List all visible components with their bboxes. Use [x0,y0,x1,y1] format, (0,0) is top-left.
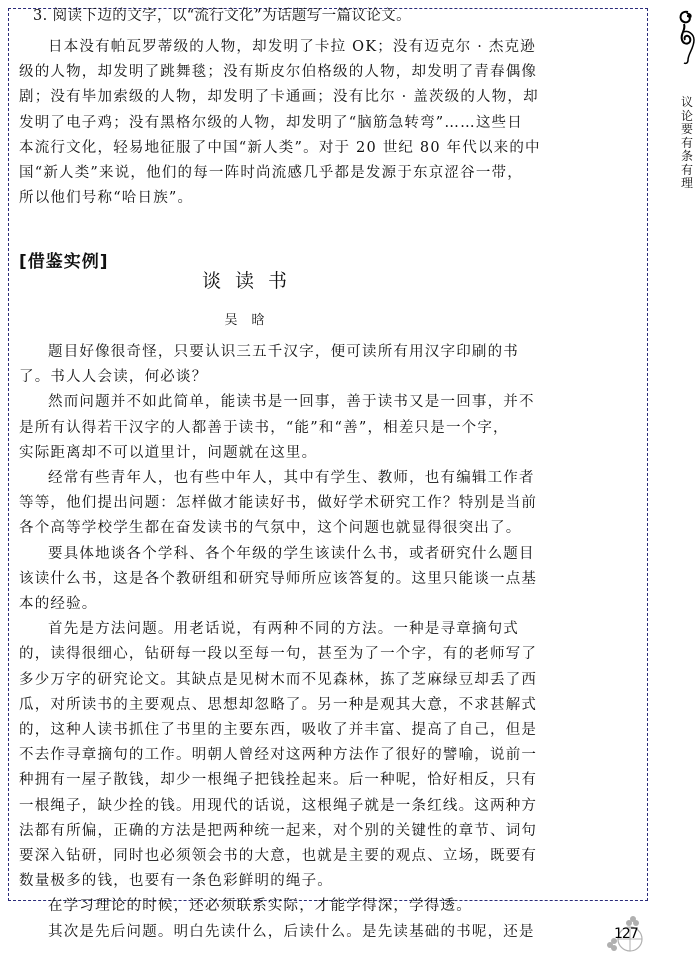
passage-line: 本流行文化，轻易地征服了中国“新人类”。对于 20 世纪 80 年代以来的中 [19,136,541,161]
article-line: 种拥有一屋子散钱，却少一根绳子把钱拴起来。后一种呢，恰好相反，只有 [19,768,537,793]
article-author: 吴晗 [9,309,494,328]
article-line: 然而问题并不如此简单，能读书是一回事，善于读书又是一回事，并不 [19,390,537,415]
article-line: 了。书人人会读，何必谈？ [19,365,537,390]
page-number-badge: 127 [604,915,654,957]
article-line: 多少万字的研究论文。其缺点是见树木而不见森林，拣了芝麻绿豆却丢了西 [19,668,537,693]
article-line: 要具体地谈各个学科、各个年级的学生该读什么书，或者研究什么题目 [19,542,537,567]
article-line: 题目好像很奇怪，只要认识三五千汉字，便可读所有用汉字印刷的书 [19,340,537,365]
article-line: 的，这种人读书抓住了书里的主要东西，吸收了并丰富、提高了自己，但是 [19,718,537,743]
page-number: 127 [614,926,638,942]
passage-line: 发明了电子鸡；没有黑格尔级的人物，却发明了“脑筋急转弯”……这些日 [19,111,541,136]
article-line: 的，读得很细心，钻研每一段以至每一句，甚至为了一个字，有的老师写了 [19,642,537,667]
article-line: 不去作寻章摘句的工作。明朝人曾经对这两种方法作了很好的譬喻，说前一 [19,743,537,768]
article-title: 谈读书 [9,266,494,293]
article-line: 实际距离却不可以道里计，问题就在这里。 [19,441,537,466]
article-line: 一根绳子，缺少拴的钱。用现代的话说，这根绳子就是一条红线。这两种方 [19,794,537,819]
task-passage: 日本没有帕瓦罗蒂级的人物，却发明了卡拉 OK；没有迈克尔 · 杰克逊 级的人物，… [19,35,541,211]
task-prompt: 3. 阅读下边的文字，以“流行文化”为话题写一篇议论文。 [9,5,647,27]
article-line: 瓜，对所读书的主要观点、思想却忽略了。另一种是观其大意，不求甚解式 [19,693,537,718]
passage-line: 所以他们号称“哈日族”。 [19,186,541,211]
side-label: 议论要有条有理 [680,96,694,191]
article-line: 经常有些青年人，也有些中年人，其中有学生、教师，也有编辑工作者 [19,466,537,491]
article-line: 首先是方法问题。用老话说，有两种不同的方法。一种是寻章摘句式 [19,617,537,642]
article-body: 题目好像很奇怪，只要认识三五千汉字，便可读所有用汉字印刷的书了。书人人会读，何必… [19,340,537,945]
passage-line: 级的人物，却发明了跳舞毯；没有斯皮尔伯格级的人物，却发明了青春偶像 [19,60,541,85]
article-line: 数量极多的钱，也要有一条色彩鲜明的绳子。 [19,869,537,894]
article-line: 各个高等学校学生都在奋发读书的气氛中，这个问题也就显得很突出了。 [19,516,537,541]
article-line: 要深入钻研，同时也必须领会书的大意，也就是主要的观点、立场，既要有 [19,844,537,869]
content-frame: 3. 阅读下边的文字，以“流行文化”为话题写一篇议论文。 日本没有帕瓦罗蒂级的人… [8,8,648,901]
article-line: 是所有认得若干汉字的人都善于读书，“能”和“善”，相差只是一个字， [19,416,537,441]
passage-line: 日本没有帕瓦罗蒂级的人物，却发明了卡拉 OK；没有迈克尔 · 杰克逊 [19,35,541,60]
article-line: 其次是先后问题。明白先读什么，后读什么。是先读基础的书呢，还是 [19,920,537,945]
passage-line: 国“新人类”来说，他们的每一阵时尚流感几乎都是发源于东京涩谷一带， [19,161,541,186]
article-line: 该读什么书，这是各个教研组和研究导师所应该答复的。这里只能谈一点基 [19,567,537,592]
article-line: 本的经验。 [19,592,537,617]
article-line: 在学习理论的时候，还必须联系实际，才能学得深，学得透。 [19,894,537,919]
passage-line: 剧；没有毕加索级的人物，却发明了卡通画；没有比尔 · 盖茨级的人物，却 [19,85,541,110]
article-line: 等等，他们提出问题：怎样做才能读好书，做好学术研究工作？特别是当前 [19,491,537,516]
decorative-scroll-icon [676,8,698,66]
article-line: 法都有所偏，正确的方法是把两种统一起来，对个别的关键性的章节、词句 [19,819,537,844]
